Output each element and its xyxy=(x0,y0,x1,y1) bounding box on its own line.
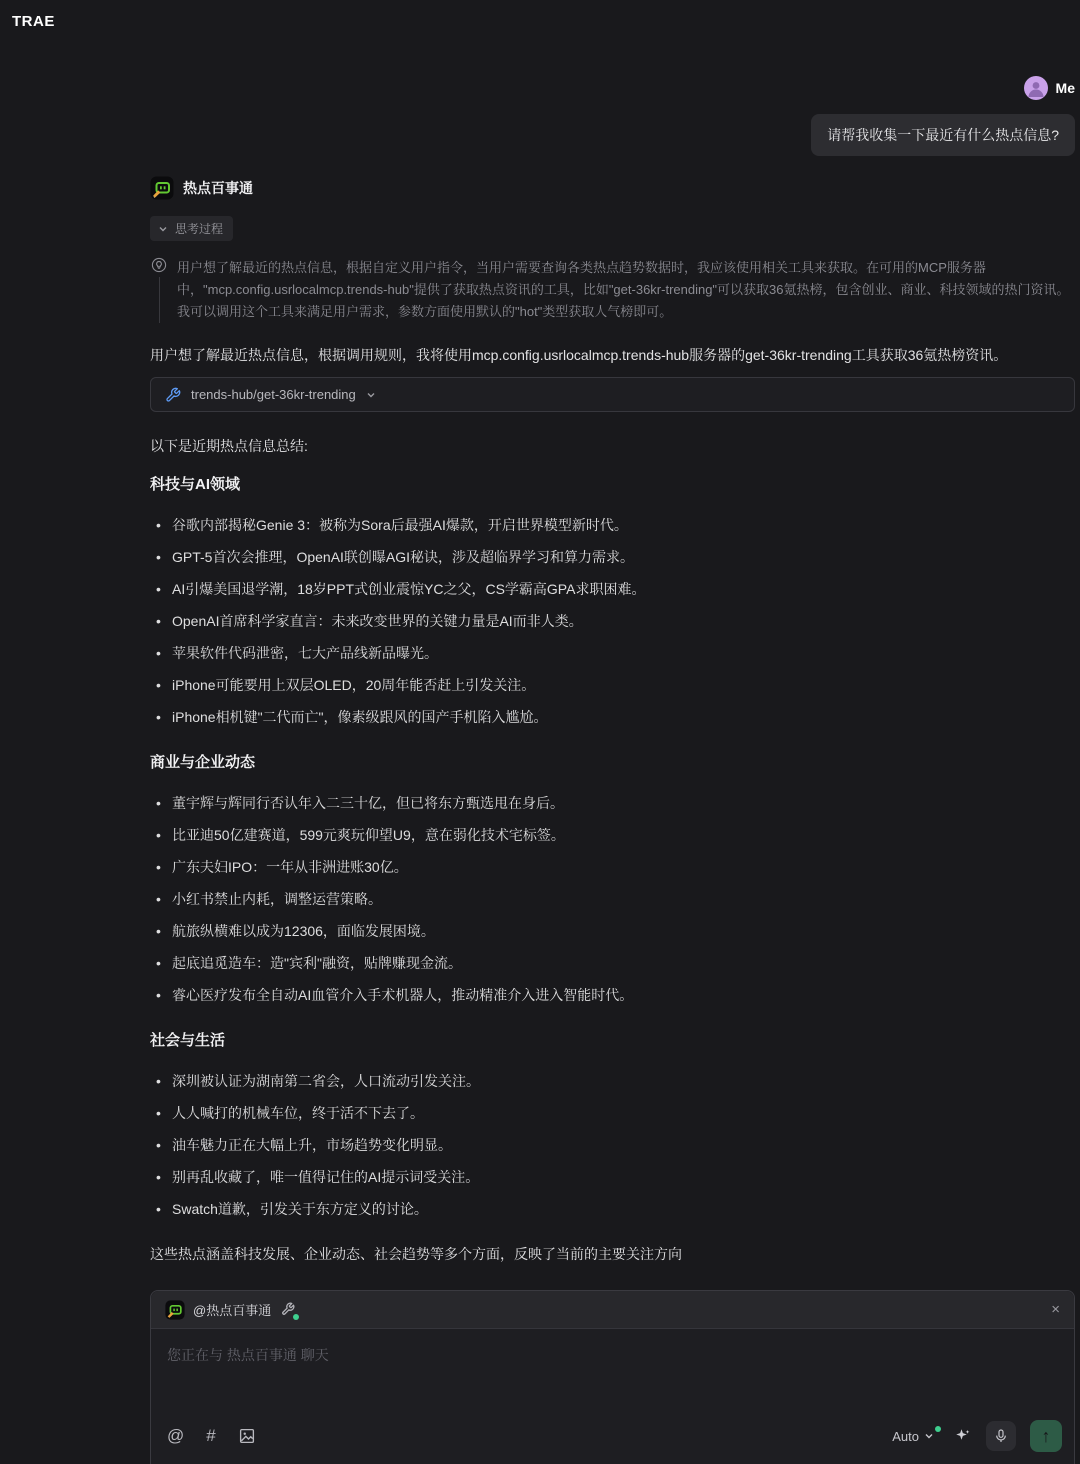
close-icon[interactable]: × xyxy=(1051,1302,1060,1317)
user-avatar xyxy=(1024,76,1048,100)
user-message-bubble: 请帮我收集一下最近有什么热点信息? xyxy=(811,114,1075,156)
model-mode-select[interactable]: Auto xyxy=(892,1429,940,1444)
section-title-tech: 科技与AI领域 xyxy=(150,474,1075,496)
sparkle-icon xyxy=(954,1427,972,1445)
mode-active-dot xyxy=(935,1426,941,1432)
thinking-block: 用户想了解最近的热点信息，根据自定义用户指令，当用户需要查询各类热点趋势数据时，… xyxy=(150,257,1075,323)
topic-list-business: 董宇辉与辉同行否认年入二三十亿，但已将东方甄选甩在身后。 比亚迪50亿建赛道，5… xyxy=(150,792,1075,1006)
context-hash-button[interactable]: # xyxy=(206,1426,215,1446)
topic-item: 起底追觅造车：造"宾利"融资，贴牌赚现金流。 xyxy=(150,952,1075,974)
topic-item: 深圳被认证为湖南第二省会，人口流动引发关注。 xyxy=(150,1070,1075,1092)
thinking-toggle-button[interactable]: 思考过程 xyxy=(150,216,233,241)
input-placeholder: 您正在与 热点百事通 聊天 xyxy=(167,1347,329,1363)
agent-header: 热点百事通 xyxy=(150,176,1075,200)
topic-item: 苹果软件代码泄密，七大产品线新品曝光。 xyxy=(150,642,1075,664)
topic-item: 比亚迪50亿建赛道，599元爽玩仰望U9，意在弱化技术宅标签。 xyxy=(150,824,1075,846)
summary-intro: 以下是近期热点信息总结: xyxy=(150,432,1075,460)
mention-button[interactable]: @ xyxy=(167,1426,184,1446)
tool-call-chip[interactable]: trends-hub/get-36kr-trending xyxy=(150,377,1075,412)
topic-item: AI引爆美国退学潮，18岁PPT式创业震惊YC之父，CS学霸高GPA求职困难。 xyxy=(150,578,1075,600)
microphone-icon xyxy=(993,1428,1009,1444)
agent-avatar-icon xyxy=(150,176,174,200)
voice-input-button[interactable] xyxy=(986,1421,1016,1451)
topic-list-society: 深圳被认证为湖南第二省会，人口流动引发关注。 人人喊打的机械车位，终于活不下去了… xyxy=(150,1070,1075,1220)
thinking-text: 用户想了解最近的热点信息，根据自定义用户指令，当用户需要查询各类热点趋势数据时，… xyxy=(177,257,1075,323)
composer-header: @热点百事通 × xyxy=(151,1291,1074,1329)
topic-item: 睿心医疗发布全自动AI血管介入手术机器人，推动精准介入进入智能时代。 xyxy=(150,984,1075,1006)
message-input[interactable]: 您正在与 热点百事通 聊天 xyxy=(151,1329,1074,1416)
mcp-tools-icon[interactable] xyxy=(281,1302,297,1318)
enhance-prompt-button[interactable] xyxy=(954,1427,972,1445)
wrench-icon xyxy=(165,387,181,403)
composer-panel: @热点百事通 × 您正在与 热点百事通 聊天 @ # Auto xyxy=(150,1290,1075,1464)
chevron-down-icon xyxy=(924,1431,934,1441)
agent-intro-paragraph: 用户想了解最近热点信息，根据调用规则，我将使用mcp.config.usrloc… xyxy=(150,341,1075,369)
composer-toolbar: @ # Auto xyxy=(151,1416,1074,1464)
topic-item: Swatch道歉，引发关于东方定义的讨论。 xyxy=(150,1198,1075,1220)
chat-scroll-area[interactable]: Me 请帮我收集一下最近有什么热点信息? 热点百事通 思考过程 xyxy=(150,0,1075,1464)
send-button[interactable]: ↑ xyxy=(1030,1420,1062,1452)
tool-call-label: trends-hub/get-36kr-trending xyxy=(191,387,356,402)
topic-item: 别再乱收藏了，唯一值得记住的AI提示词受关注。 xyxy=(150,1166,1075,1188)
attach-image-button[interactable] xyxy=(238,1427,256,1445)
topic-item: 人人喊打的机械车位，终于活不下去了。 xyxy=(150,1102,1075,1124)
topic-list-tech: 谷歌内部揭秘Genie 3：被称为Sora后最强AI爆款，开启世界模型新时代。 … xyxy=(150,514,1075,728)
chevron-down-icon xyxy=(366,390,376,400)
topic-item: 董宇辉与辉同行否认年入二三十亿，但已将东方甄选甩在身后。 xyxy=(150,792,1075,814)
hash-icon: # xyxy=(206,1426,215,1446)
section-title-society: 社会与生活 xyxy=(150,1030,1075,1052)
topic-item: 航旅纵横难以成为12306，面临发展困境。 xyxy=(150,920,1075,942)
user-identity-row: Me xyxy=(150,76,1075,100)
topic-item: GPT-5首次会推理，OpenAI联创曝AGI秘诀，涉及超临界学习和算力需求。 xyxy=(150,546,1075,568)
mode-label: Auto xyxy=(892,1429,919,1444)
tools-icon xyxy=(281,1302,295,1316)
thinking-toggle-label: 思考过程 xyxy=(175,220,223,237)
topic-item: 小红书禁止内耗，调整运营策略。 xyxy=(150,888,1075,910)
thought-bulb-icon xyxy=(151,257,167,273)
thinking-indent-line xyxy=(159,277,160,323)
agent-avatar-icon xyxy=(165,1300,185,1320)
at-icon: @ xyxy=(167,1426,184,1446)
topic-item: 谷歌内部揭秘Genie 3：被称为Sora后最强AI爆款，开启世界模型新时代。 xyxy=(150,514,1075,536)
topic-item: 广东夫妇IPO：一年从非洲进账30亿。 xyxy=(150,856,1075,878)
agent-name-label: 热点百事通 xyxy=(183,178,253,198)
tools-active-dot xyxy=(293,1314,299,1320)
send-arrow-icon: ↑ xyxy=(1042,1427,1051,1445)
topic-item: iPhone相机键"二代而亡"，像素级跟风的国产手机陷入尴尬。 xyxy=(150,706,1075,728)
topic-item: iPhone可能要用上双层OLED，20周年能否赶上引发关注。 xyxy=(150,674,1075,696)
composer-agent-tag: @热点百事通 xyxy=(193,1300,271,1319)
app-logo: TRAE xyxy=(12,13,55,30)
topic-item: OpenAI首席科学家直言：未来改变世界的关键力量是AI而非人类。 xyxy=(150,610,1075,632)
image-icon xyxy=(238,1427,256,1445)
chevron-down-icon xyxy=(158,224,168,234)
section-title-business: 商业与企业动态 xyxy=(150,752,1075,774)
user-name-label: Me xyxy=(1056,80,1075,96)
person-icon xyxy=(1024,76,1048,100)
topic-item: 油车魅力正在大幅上升，市场趋势变化明显。 xyxy=(150,1134,1075,1156)
closing-paragraph: 这些热点涵盖科技发展、企业动态、社会趋势等多个方面，反映了当前的主要关注方向 xyxy=(150,1240,1075,1268)
